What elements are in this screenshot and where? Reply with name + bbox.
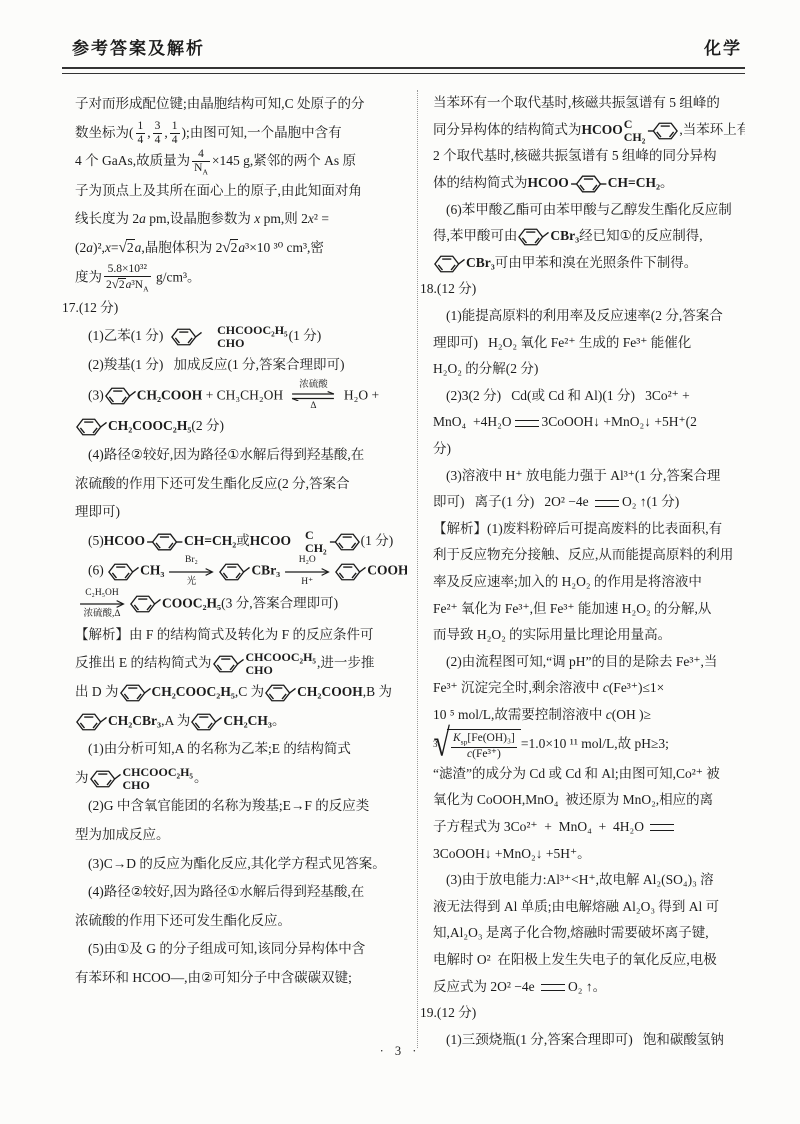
reaction-arrow: C₂H₅OH浓硫酸,Δ [79, 588, 125, 621]
formula-text: HCOO [528, 175, 569, 190]
italic-symbol: c [606, 707, 612, 722]
arrow-label-above: H₂O [299, 555, 316, 566]
benzene-ring-icon [76, 711, 107, 733]
fraction-numerator: 3 [153, 120, 163, 134]
fraction: 4NA [192, 148, 210, 177]
left-column: 子对而形成配位键;由晶胞结构可知,C 处原子的分数坐标为(14,34,14);由… [62, 90, 407, 1048]
fraction-numerator: 1 [170, 120, 180, 134]
header-double-rule [62, 67, 745, 74]
text-line: 2 个取代基时,核磁共振氢谱有 5 组峰的同分异构 [433, 143, 745, 170]
stacked-group: CHCOOC₂H₅CHO [123, 766, 194, 792]
formula-text: COOC₂H₅ [162, 596, 221, 611]
italic-symbol: a [126, 279, 132, 291]
stacked-bottom: CHO [246, 664, 317, 677]
fraction-numerator: 1 [136, 120, 146, 134]
text-line: (4)路径②较好,因为路径①水解后得到羟基酸,在 [75, 441, 407, 470]
text-line: 理即可) H₂O₂ 氧化 Fe²⁺ 生成的 Fe³⁺ 能催化 [433, 330, 745, 357]
text-line: (2)G 中含氧官能团的名称为羧基;E→F 的反应类 [75, 792, 407, 821]
fraction-numerator: Ksp[Fe(OH)₃] [451, 732, 517, 748]
stacked-group: CCH₂ [624, 118, 646, 144]
arrow-label-below: 浓硫酸,Δ [84, 609, 121, 620]
forward-arrow-icon [284, 567, 330, 577]
formula-text: HCOO [104, 533, 145, 548]
formula-text: CHCOOC₂H₅ [123, 766, 194, 779]
text-line: Fe³⁺ 沉淀完全时,剩余溶液中 c(Fe³⁺)≤1× [433, 675, 745, 702]
benzene-ring-icon [105, 385, 136, 407]
benzene-ring-icon [647, 120, 678, 142]
text-line: H₂O₂ 的分解(2 分) [433, 356, 745, 383]
formula-text: CH₂CBr₃ [108, 713, 161, 728]
radical-sign: √ [434, 727, 450, 762]
text-line: 【解析】(1)废料粉碎后可提高废料的比表面积,有 [433, 516, 745, 543]
fraction: 14 [170, 120, 180, 147]
text-line: 得,苯甲酸可由CBr₃经已知①的反应制得, [433, 223, 745, 250]
stacked-bottom: CHO [204, 337, 288, 350]
benzene-ring-icon [265, 682, 296, 704]
text-line: (1)由分析可知,A 的名称为乙苯;E 的结构简式 [75, 735, 407, 764]
formula-text: CH₂ [624, 131, 646, 144]
formula-text: C [292, 529, 327, 542]
text-line: 19.(12 分) [420, 1000, 745, 1027]
arrow-label-below: 光 [187, 577, 197, 588]
benzene-ring-icon [130, 593, 161, 615]
text-line: (5)HCOOCH=CH₂或HCOOCCH₂(1 分) [75, 527, 407, 556]
text-line: Fe²⁺ 氧化为 Fe³⁺,但 Fe³⁺ 能加速 H₂O₂ 的分解,从 [433, 596, 745, 623]
text-line: 即可) 离子(1 分) 2O² −4e O₂ ↑(1 分) [433, 489, 745, 516]
stacked-bottom: CH₂ [624, 131, 646, 144]
radicand: 2 [126, 239, 135, 255]
fraction-denominator: c(Fe³⁺) [451, 748, 517, 761]
fraction: Ksp[Fe(OH)₃]c(Fe³⁺) [451, 732, 517, 761]
fraction: 34 [153, 120, 163, 147]
text-line: 率及反应速率;加入的 H₂O₂ 的作用是将溶液中 [433, 569, 745, 596]
answer-key-page: 参考答案及解析 化学 子对而形成配位键;由晶胞结构可知,C 处原子的分数坐标为(… [0, 0, 800, 1124]
text-line: CBr₃可由甲苯和溴在光照条件下制得。 [433, 250, 745, 277]
text-line: 知,Al₂O₃ 是离子化合物,熔融时需要破坏离子键, [433, 920, 745, 947]
arrow-label-below: H⁺ [301, 577, 313, 588]
italic-symbol: c [603, 680, 609, 695]
text-line: 体的结构简式为HCOOCH=CH₂。 [433, 170, 745, 197]
fraction-denominator: 4 [170, 134, 180, 147]
text-line: 当苯环有一个取代基时,核磁共振氢谱有 5 组峰的 [433, 90, 745, 117]
formula-text: CH₃ [140, 563, 164, 578]
fraction-numerator: 5.8×10³² [104, 263, 151, 277]
italic-symbol: a [86, 240, 93, 255]
text-line: (2)由流程图可知,“调 pH”的目的是除去 Fe³⁺,当 [433, 649, 745, 676]
formula-text: C [624, 118, 646, 131]
square-root: √2 [222, 240, 238, 255]
italic-symbol: x [254, 211, 260, 226]
text-line: (6)苯甲酸乙酯可由苯甲酸与乙醇发生酯化反应制 [433, 197, 745, 224]
formula-text: COOH [367, 563, 407, 578]
benzene-ring-icon [213, 653, 244, 675]
subject-label: 化学 [704, 34, 742, 59]
formula-text: CHO [246, 664, 317, 677]
text-line: MnO₄ +4H₂O3CoOOH↓ +MnO₂↓ +5H⁺(2 [433, 409, 745, 436]
benzene-ring-icon [219, 561, 250, 583]
text-line: 电解时 O² 在阳极上发生失电子的氧化反应,电极 [433, 947, 745, 974]
cube-root: 3√Ksp[Fe(OH)₃]c(Fe³⁺) [433, 729, 521, 761]
benzene-ring-icon [146, 531, 183, 553]
formula-text: CHO [123, 779, 194, 792]
benzene-ring-icon [108, 561, 139, 583]
stacked-bottom: CH₂ [292, 542, 327, 555]
text-line: 3√Ksp[Fe(OH)₃]c(Fe³⁺)=1.0×10 ¹¹ mol/L,故 … [433, 729, 745, 761]
text-line: (6) CH₃Br₂光CBr₃H₂OH⁺COOH [75, 555, 407, 588]
formula-text: CBr₃ [251, 563, 280, 578]
text-line: CH₂COOC₂H₅(2 分) [75, 412, 407, 441]
italic-symbol: x [105, 240, 111, 255]
subscript: A [202, 167, 207, 176]
benzene-ring-icon [570, 173, 607, 195]
text-line: 同分异构体的结构简式为HCOOCCH₂,当苯环上有 [433, 117, 745, 144]
radicand: Ksp[Fe(OH)₃]c(Fe³⁺) [447, 729, 521, 761]
stacked-top: C [624, 118, 646, 131]
fraction-denominator: NA [192, 162, 210, 177]
italic-symbol: K [453, 732, 461, 744]
text-line: 数坐标为(14,34,14);由图可知,一个晶胞中含有 [75, 119, 407, 148]
forward-arrow-icon [79, 599, 125, 609]
double-line-equals [515, 420, 539, 427]
text-line: 17.(12 分) [62, 294, 407, 323]
text-line: 浓硫酸的作用下还可发生酯化反应。 [75, 907, 407, 936]
right-column: 当苯环有一个取代基时,核磁共振氢谱有 5 组峰的同分异构体的结构简式为HCOOC… [418, 90, 745, 1048]
benzene-ring-icon [329, 531, 360, 553]
benzene-ring-icon [518, 226, 549, 248]
text-line: 为CHCOOC₂H₅CHO。 [75, 764, 407, 793]
text-line: (2a)²,x=√2a,晶胞体积为 2√2a³×10 ³⁰ cm³,密 [75, 234, 407, 263]
text-line: 利于反应物充分接触、反应,从而能提高原料的利用 [433, 542, 745, 569]
formula-text: CBr₃ [466, 255, 495, 270]
text-line: 反推出 E 的结构简式为CHCOOC₂H₅CHO,进一步推 [75, 649, 407, 678]
subscript: sp [461, 737, 468, 746]
stacked-bottom: CHO [123, 779, 194, 792]
text-line: 反应式为 2O² −4e O₂ ↑。 [433, 974, 745, 1001]
formula-text: HCOO [582, 122, 623, 137]
text-line: 3CoOOH↓ +MnO₂↓ +5H⁺。 [433, 841, 745, 868]
benzene-ring-icon [434, 253, 465, 275]
two-column-body: 子对而形成配位键;由晶胞结构可知,C 处原子的分数坐标为(14,34,14);由… [62, 90, 745, 1048]
page-header: 参考答案及解析 化学 [0, 0, 800, 67]
text-line: (1)能提高原料的利用率及反应速率(2 分,答案合 [433, 303, 745, 330]
benzene-ring-icon [120, 682, 151, 704]
formula-text: CH₂COOH [297, 684, 363, 699]
benzene-ring-icon [171, 326, 202, 348]
text-line: 液无法得到 Al 单质;由电解熔融 Al₂O₃ 得到 Al 可 [433, 894, 745, 921]
text-line: 而导致 H₂O₂ 的实际用量比理论用量高。 [433, 622, 745, 649]
text-line: 【解析】由 F 的结构简式及转化为 F 的反应条件可 [75, 621, 407, 650]
text-line: (4)路径②较好,因为路径①水解后得到羟基酸,在 [75, 878, 407, 907]
fraction: 5.8×10³²2√2a³NA [104, 263, 151, 294]
fraction-denominator: 4 [136, 134, 146, 147]
reaction-arrow: Br₂光 [168, 555, 214, 588]
double-line-equals [541, 984, 565, 991]
double-line-equals [595, 500, 619, 507]
formula-text: CH₂COOH [137, 387, 203, 402]
formula-text: CH₂COOC₂H₅ [108, 418, 191, 433]
equilibrium-arrow-icon [290, 391, 336, 401]
fraction-numerator: 4 [192, 148, 210, 162]
double-line-equals [650, 824, 674, 831]
text-line: (2)3(2 分) Cd(或 Cd 和 Al)(1 分) 3Co²⁺ + [433, 383, 745, 410]
text-line: (2)羧基(1 分) 加成反应(1 分,答案合理即可) [75, 351, 407, 380]
page-number: · 3 · [0, 1044, 800, 1059]
text-line: 有苯环和 HCOO—,由②可知分子中含碳碳双键; [75, 964, 407, 993]
formula-text: HCOO [250, 533, 291, 548]
text-line: 子对而形成配位键;由晶胞结构可知,C 处原子的分 [75, 90, 407, 119]
stacked-group: CHCOOC₂H₅CHO [204, 324, 288, 350]
formula-text: CH₂COOC₂H₅ [152, 684, 235, 699]
square-root: √2 [119, 240, 135, 255]
benzene-ring-icon [191, 711, 222, 733]
arrow-label-above: C₂H₅OH [85, 588, 119, 599]
text-line: C₂H₅OH浓硫酸,ΔCOOC₂H₅(3 分,答案合理即可) [75, 588, 407, 621]
text-line: 线长度为 2a pm,设晶胞参数为 x pm,则 2x² = [75, 205, 407, 234]
answer-key-title: 参考答案及解析 [72, 34, 205, 59]
italic-symbol: a [238, 240, 245, 255]
fraction-denominator: 4 [153, 134, 163, 147]
text-line: (3)溶液中 H⁺ 放电能力强于 Al³⁺(1 分,答案合理 [433, 463, 745, 490]
arrow-label-below: Δ [310, 401, 316, 412]
benzene-ring-icon [335, 561, 366, 583]
text-line: “滤渣”的成分为 Cd 或 Cd 和 Al;由图可知,Co²⁺ 被 [433, 761, 745, 788]
italic-symbol: a [135, 240, 142, 255]
square-root: √2 [112, 279, 126, 291]
formula-text: CH₂CH₃ [223, 713, 272, 728]
radicand: 2 [118, 278, 126, 291]
text-line: 氧化为 CoOOH,MnO₄ 被还原为 MnO₂,相应的离 [433, 787, 745, 814]
text-line: (3)C→D 的反应为酯化反应,其化学方程式见答案。 [75, 850, 407, 879]
formula-text: CBr₃ [550, 228, 579, 243]
formula-text: CH=CH₂ [608, 175, 660, 190]
subscript: A [143, 284, 148, 293]
text-line: 型为加成反应。 [75, 821, 407, 850]
text-line: 10 ⁵ mol/L,故需要控制溶液中 c(OH )≥ [433, 702, 745, 729]
fraction: 14 [136, 120, 146, 147]
text-line: 出 D 为CH₂COOC₂H₅,C 为CH₂COOH,B 为 [75, 678, 407, 707]
text-line: 4 个 GaAs,故质量为4NA×145 g,紧邻的两个 As 原 [75, 147, 407, 177]
text-line: 18.(12 分) [420, 276, 745, 303]
equilibrium-arrow: 浓硫酸Δ [290, 380, 336, 413]
text-line: (5)由①及 G 的分子组成可知,该同分异构体中含 [75, 935, 407, 964]
benzene-ring-icon [76, 416, 107, 438]
text-line: 子为顶点上及其所在面心上的原子,由此知面对角 [75, 177, 407, 206]
text-line: (3)由于放电能力:Al³⁺<H⁺,故电解 Al₂(SO₄)₃ 溶 [433, 867, 745, 894]
stacked-top: C [292, 529, 327, 542]
text-line: (1)乙苯(1 分) CHCOOC₂H₅CHO(1 分) [75, 322, 407, 351]
formula-text: CHO [204, 337, 288, 350]
reaction-arrow: H₂OH⁺ [284, 555, 330, 588]
formula-text: CH₂ [292, 542, 327, 555]
forward-arrow-icon [168, 567, 214, 577]
arrow-label-above: 浓硫酸 [299, 380, 328, 391]
text-line: 子方程式为 3Co²⁺ + MnO₄ + 4H₂O [433, 814, 745, 841]
text-line: 度为5.8×10³²2√2a³NA g/cm³。 [75, 263, 407, 294]
arrow-label-above: Br₂ [185, 555, 198, 566]
fraction-denominator: 2√2a³NA [104, 277, 151, 294]
italic-symbol: x [308, 211, 314, 226]
text-line: 分) [433, 436, 745, 463]
stacked-group: CHCOOC₂H₅CHO [246, 651, 317, 677]
benzene-ring-icon [90, 768, 121, 790]
formula-text: CH=CH₂ [184, 533, 236, 548]
italic-symbol: c [467, 748, 472, 760]
italic-symbol: a [139, 211, 146, 226]
text-line: CH₂CBr₃,A 为CH₂CH₃。 [75, 707, 407, 736]
stacked-top: CHCOOC₂H₅ [123, 766, 194, 779]
text-line: 理即可) [75, 498, 407, 527]
stacked-group: CCH₂ [292, 529, 327, 555]
text-line: (3)CH₂COOH + CH₃CH₂OH 浓硫酸Δ H₂O + [75, 380, 407, 413]
text-line: 浓硫酸的作用下还可发生酯化反应(2 分,答案合 [75, 470, 407, 499]
